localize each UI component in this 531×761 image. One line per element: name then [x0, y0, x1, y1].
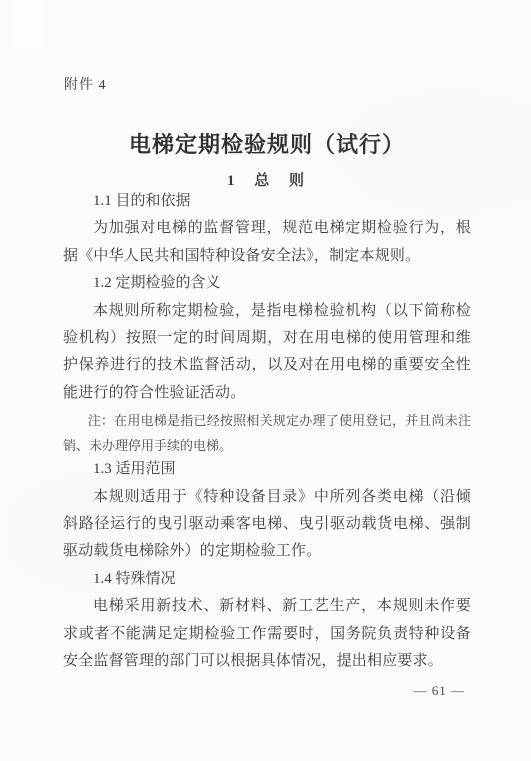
body-paragraph: 本规则适用于《特种设备目录》中所列各类电梯（沿倾斜路径运行的曳引驱动乘客电梯、曳…: [63, 484, 471, 566]
page-number: — 61 —: [414, 682, 466, 700]
body-paragraph: 本规则所称定期检验，是指电梯检验机构（以下简称检验机构）按照一定的时间周期，对在…: [63, 298, 471, 408]
scanned-document-page: 附件 4 电梯定期检验规则（试行） 1 总 则 1.1 目的和依据 为加强对电梯…: [0, 0, 531, 761]
document-title: 电梯定期检验规则（试行）: [63, 129, 471, 161]
section-heading-1-4: 1.4 特殊情况: [63, 566, 471, 593]
document-body: 1.1 目的和依据 为加强对电梯的监督管理，规范电梯定期检验行为，根据《中华人民…: [63, 188, 471, 676]
section-heading-1-1: 1.1 目的和依据: [63, 188, 471, 215]
section-heading-1-2: 1.2 定期检验的含义: [63, 270, 471, 297]
body-paragraph: 电梯采用新技术、新材料、新工艺生产，本规则未作要求或者不能满足定期检验工作需要时…: [63, 593, 471, 675]
attachment-label: 附件 4: [64, 76, 107, 96]
footnote: 注：在用电梯是指已经按照相关规定办理了使用登记，并且尚未注销、未办理停用手续的电…: [63, 408, 471, 458]
body-paragraph: 为加强对电梯的监督管理，规范电梯定期检验行为，根据《中华人民共和国特种设备安全法…: [63, 215, 471, 270]
section-heading-1-3: 1.3 适用范围: [63, 456, 471, 483]
